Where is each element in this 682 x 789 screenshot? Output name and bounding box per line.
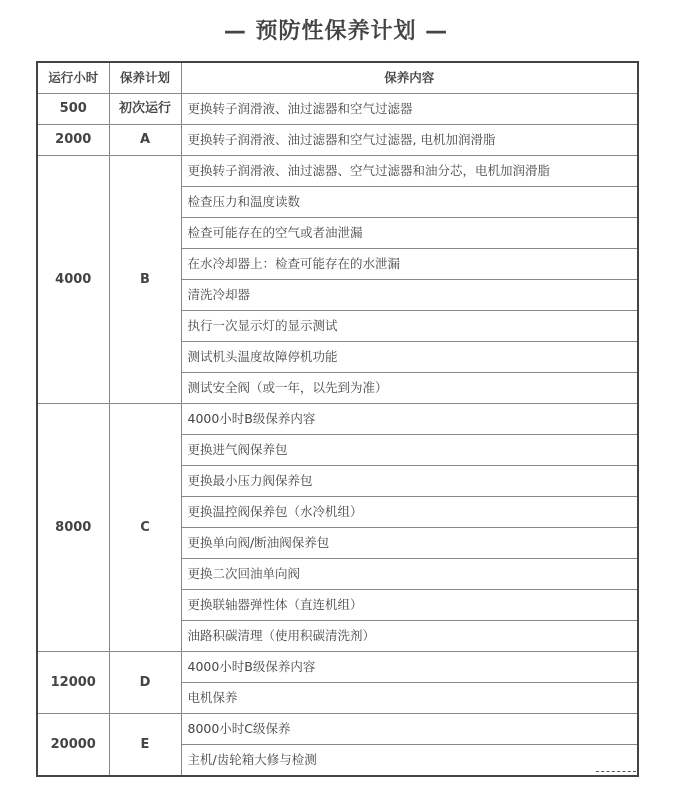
content-cell: 更换转子润滑液、油过滤器、空气过滤器和油分芯，电机加润滑脂 <box>181 156 638 187</box>
content-cell: 清洗冷却器 <box>181 280 638 311</box>
plan-level-cell: 初次运行 <box>109 94 181 125</box>
content-cell: 更换转子润滑液、油过滤器和空气过滤器 <box>181 94 638 125</box>
content-cell: 更换单向阀/断油阀保养包 <box>181 528 638 559</box>
decorative-dashed-line <box>596 771 636 772</box>
content-cell: 电机保养 <box>181 683 638 714</box>
maintenance-plan-table: 运行小时 保养计划 保养内容 500 初次运行 更换转子润滑液、油过滤器和空气过… <box>36 61 639 777</box>
content-cell: 主机/齿轮箱大修与检测 <box>181 745 638 777</box>
column-header-hours: 运行小时 <box>37 62 109 94</box>
column-header-content: 保养内容 <box>181 62 638 94</box>
plan-level-cell: A <box>109 125 181 156</box>
hours-cell: 12000 <box>37 652 109 714</box>
content-cell: 执行一次显示灯的显示测试 <box>181 311 638 342</box>
content-cell: 更换转子润滑液、油过滤器和空气过滤器, 电机加润滑脂 <box>181 125 638 156</box>
table-row: 2000 A 更换转子润滑液、油过滤器和空气过滤器, 电机加润滑脂 <box>37 125 638 156</box>
content-cell: 8000小时C级保养 <box>181 714 638 745</box>
hours-cell: 8000 <box>37 404 109 652</box>
hours-cell: 500 <box>37 94 109 125</box>
content-cell: 4000小时B级保养内容 <box>181 652 638 683</box>
content-cell: 更换进气阀保养包 <box>181 435 638 466</box>
table-row: 8000 C 4000小时B级保养内容 <box>37 404 638 435</box>
table-header-row: 运行小时 保养计划 保养内容 <box>37 62 638 94</box>
content-cell: 检查可能存在的空气或者油泄漏 <box>181 218 638 249</box>
plan-level-cell: C <box>109 404 181 652</box>
plan-level-cell: B <box>109 156 181 404</box>
content-cell: 更换二次回油单向阀 <box>181 559 638 590</box>
hours-cell: 2000 <box>37 125 109 156</box>
content-cell: 油路积碳清理（使用积碳清洗剂） <box>181 621 638 652</box>
content-cell: 更换最小压力阀保养包 <box>181 466 638 497</box>
content-cell: 测试安全阀（或一年，以先到为准） <box>181 373 638 404</box>
table-row: 4000 B 更换转子润滑液、油过滤器、空气过滤器和油分芯，电机加润滑脂 <box>37 156 638 187</box>
content-cell: 检查压力和温度读数 <box>181 187 638 218</box>
plan-level-cell: E <box>109 714 181 777</box>
content-cell: 测试机头温度故障停机功能 <box>181 342 638 373</box>
plan-level-cell: D <box>109 652 181 714</box>
content-cell: 更换温控阀保养包（水冷机组） <box>181 497 638 528</box>
content-cell: 4000小时B级保养内容 <box>181 404 638 435</box>
content-cell: 在水冷却器上：检查可能存在的水泄漏 <box>181 249 638 280</box>
table-row: 20000 E 8000小时C级保养 <box>37 714 638 745</box>
table-row: 500 初次运行 更换转子润滑液、油过滤器和空气过滤器 <box>37 94 638 125</box>
hours-cell: 20000 <box>37 714 109 777</box>
table-row: 12000 D 4000小时B级保养内容 <box>37 652 638 683</box>
hours-cell: 4000 <box>37 156 109 404</box>
page-title: — 预防性保养计划 — <box>0 14 672 50</box>
content-cell: 更换联轴器弹性体（直连机组） <box>181 590 638 621</box>
column-header-plan: 保养计划 <box>109 62 181 94</box>
